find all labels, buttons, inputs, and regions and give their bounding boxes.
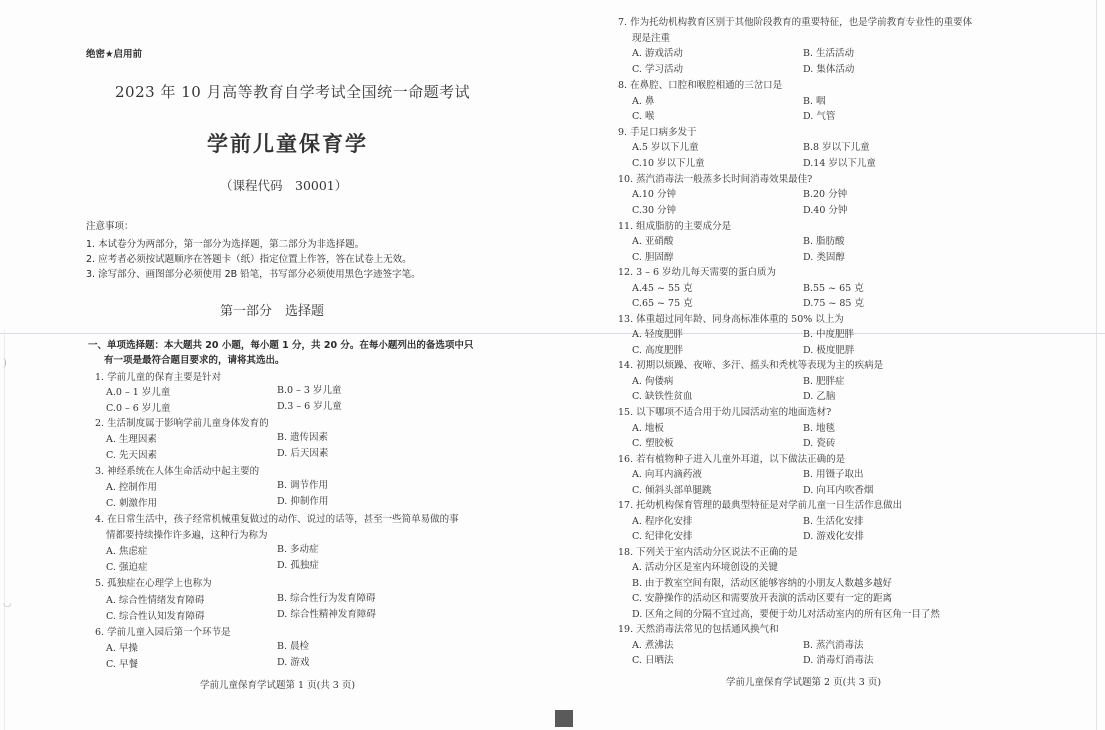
option-a: A.45 ~ 55 克: [632, 280, 693, 294]
option-a: A. 鼻: [632, 93, 654, 107]
section-instructions: 有一项是最符合题目要求的，请将其选出。: [104, 352, 285, 366]
option-a: A. 煮沸法: [632, 637, 673, 651]
option-d: D. 向耳内吹香烟: [803, 482, 873, 496]
option-c: C.0 – 6 岁儿童: [106, 400, 170, 414]
question-stem: 5. 孤独症在心理学上也称为: [95, 575, 212, 589]
option-d: D.40 分钟: [803, 202, 847, 216]
option-c: C. 纪律化安排: [632, 528, 692, 542]
option-a: A. 轻度肥胖: [632, 326, 683, 340]
option-b: B. 肥胖症: [803, 373, 845, 387]
option-c: C. 刺激作用: [106, 495, 157, 509]
question-stem: 10. 蒸汽消毒法一般蒸多长时间消毒效果最佳?: [618, 171, 812, 185]
option-b: B. 蒸汽消毒法: [803, 637, 864, 651]
option-b: B. 地毯: [803, 420, 835, 434]
page-edge-right: [1096, 0, 1097, 730]
option-a: A. 地板: [632, 420, 664, 434]
option-c: C. 缺铁性贫血: [632, 388, 692, 402]
question-stem: 18. 下列关于室内活动分区说法不正确的是: [618, 544, 798, 558]
option-c: C. 学习活动: [632, 61, 683, 75]
option-b: B. 调节作用: [277, 477, 328, 491]
option-a: A. 游戏活动: [632, 45, 683, 59]
option-d: D. 孤独症: [277, 557, 319, 571]
option-c: C. 日晒法: [632, 652, 673, 666]
question-stem: 1. 学前儿童的保育主要是针对: [95, 369, 221, 383]
option-d: D. 乙脑: [803, 388, 835, 402]
option-c: C. 胆固醇: [632, 249, 673, 263]
question-stem: 13. 体重超过同年龄、同身高标准体重的 50% 以上为: [618, 311, 844, 325]
option-a: A. 生理因素: [106, 431, 157, 445]
question-stem: 14. 初期以烦躁、夜啼、多汗、摇头和秃枕等表现为主的疾病是: [618, 357, 883, 371]
option-a: A. 向耳内滴药液: [632, 466, 702, 480]
question-stem: 16. 若有植物种子进入儿童外耳道，以下做法正确的是: [618, 451, 845, 465]
note-item: 1. 本试卷分为两部分，第一部分为选择题，第二部分为非选择题。: [86, 236, 364, 250]
option-c: C.65 ~ 75 克: [632, 295, 693, 309]
option-a: A. 综合性情绪发育障碍: [106, 592, 204, 606]
option-d: D.3 – 6 岁儿童: [277, 398, 342, 412]
option-b: B. 用镊子取出: [803, 466, 864, 480]
option-c: C. 早餐: [106, 656, 138, 670]
option-a: A.0 – 1 岁儿童: [106, 384, 170, 398]
option-a: A.5 岁以下儿童: [632, 139, 698, 153]
option-b: B. 脂肪酸: [803, 233, 845, 247]
option-a: A. 焦虑症: [106, 543, 147, 557]
option-a: A. 控制作用: [106, 479, 157, 493]
option-d: D. 后天因素: [277, 445, 328, 459]
option-c: C. 先天因素: [106, 447, 157, 461]
option-d: D. 综合性精神发育障碍: [277, 606, 376, 620]
option-b: B. 由于教室空间有限，活动区能够容纳的小朋友人数越多越好: [632, 575, 892, 589]
question-stem: 15. 以下哪项不适合用于幼儿园活动室的地面选材?: [618, 404, 831, 418]
option-b: B. 生活化安排: [803, 513, 864, 527]
part-title: 第一部分 选择题: [220, 300, 324, 319]
binding-hole-mark: ): [3, 358, 7, 369]
confidential-label: 绝密★启用前: [86, 46, 142, 60]
option-b: B. 咽: [803, 93, 826, 107]
note-item: 2. 应考者必须按试题顺序在答题卡（纸）指定位置上作答，答在试卷上无效。: [86, 251, 412, 265]
question-stem: 19. 天然消毒法常见的包括通风换气和: [618, 621, 779, 635]
option-c: C. 高度肥胖: [632, 342, 683, 356]
option-d: D. 极度肥胖: [803, 342, 854, 356]
option-b: B. 遗传因素: [277, 429, 328, 443]
option-c: C. 强迫症: [106, 559, 147, 573]
question-stem: 17. 托幼机构保育管理的最典型特征是对学前儿童一日生活作息做出: [618, 497, 902, 511]
question-stem-cont: 情都要持续操作许多遍，这种行为称为: [106, 527, 268, 541]
option-d: D. 抑制作用: [277, 493, 328, 507]
option-b: B. 多动症: [277, 541, 319, 555]
option-a: A. 亚硝酸: [632, 233, 673, 247]
option-b: B.20 分钟: [803, 186, 847, 200]
option-d: D. 类固醇: [803, 249, 845, 263]
option-b: B. 综合性行为发育障碍: [277, 590, 376, 604]
question-stem: 9. 手足口病多发于: [618, 124, 697, 138]
subject-title: 学前儿童保育学: [207, 128, 368, 158]
option-b: B.0 – 3 岁儿童: [277, 382, 341, 396]
option-b: B. 晨检: [277, 638, 309, 652]
note-item: 3. 涂写部分、画图部分必须使用 2B 铅笔，书写部分必须使用黑色字迹签字笔。: [86, 266, 421, 280]
question-stem: 3. 神经系统在人体生命活动中起主要的: [95, 463, 259, 477]
page-edge-left: [4, 330, 5, 730]
question-stem: 6. 学前儿童入园后第一个环节是: [95, 624, 231, 638]
page-footer: 学前儿童保育学试题第 2 页(共 3 页): [726, 674, 881, 688]
option-b: B. 中度肥胖: [803, 326, 854, 340]
exam-title: 2023 年 10 月高等教育自学考试全国统一命题考试: [115, 81, 470, 102]
page-footer: 学前儿童保育学试题第 1 页(共 3 页): [200, 677, 355, 691]
option-d: D. 集体活动: [803, 61, 854, 75]
option-b: B. 生活活动: [803, 45, 854, 59]
option-a: A. 佝偻病: [632, 373, 673, 387]
section-instructions: 一、单项选择题：本大题共 20 小题，每小题 1 分，共 20 分。在每小题列出…: [88, 337, 473, 351]
option-d: D. 气管: [803, 108, 835, 122]
option-d: D. 瓷砖: [803, 435, 835, 449]
option-c: C. 倾斜头部单腿跳: [632, 482, 711, 496]
question-stem-cont: 现是注重: [632, 30, 670, 44]
option-d: D. 游戏化安排: [803, 528, 864, 542]
option-d: D. 区角之间的分隔不宜过高，要便于幼儿对活动室内的所有区角一目了然: [632, 606, 940, 620]
option-c: C.10 岁以下儿童: [632, 155, 705, 169]
scan-fold-line: [0, 333, 1105, 334]
option-c: C. 综合性认知发育障碍: [106, 608, 204, 622]
question-stem: 2. 生活制度属于影响学前儿童身体发育的: [95, 415, 269, 429]
option-b: B.55 ~ 65 克: [803, 280, 864, 294]
option-c: C.30 分钟: [632, 202, 676, 216]
option-d: D. 游戏: [277, 654, 309, 668]
option-d: D.14 岁以下儿童: [803, 155, 876, 169]
option-a: A. 活动分区是室内环境创设的关键: [632, 559, 778, 573]
option-a: A. 程序化安排: [632, 513, 692, 527]
scan-registration-mark: [555, 710, 573, 727]
question-stem: 7. 作为托幼机构教育区别于其他阶段教育的重要特征，也是学前教育专业性的重要体: [618, 14, 972, 28]
question-stem: 12. 3 – 6 岁幼儿每天需要的蛋白质为: [618, 264, 776, 278]
question-stem: 8. 在鼻腔、口腔和喉腔相通的三岔口是: [618, 77, 782, 91]
question-stem: 4. 在日常生活中，孩子经常机械重复做过的动作、说过的话等，甚至一些简单易做的事: [95, 511, 459, 525]
option-c: C. 塑胶板: [632, 435, 673, 449]
option-a: A.10 分钟: [632, 186, 676, 200]
question-stem: 11. 组成脂肪的主要成分是: [618, 218, 731, 232]
option-d: D.75 ~ 85 克: [803, 295, 864, 309]
option-d: D. 消毒灯消毒法: [803, 652, 873, 666]
option-c: C. 喉: [632, 108, 654, 122]
binding-hole-mark: ◡: [3, 598, 12, 609]
option-a: A. 早操: [106, 640, 138, 654]
notes-title: 注意事项：: [86, 218, 134, 232]
option-c: C. 安静操作的活动区和需要放开表演的活动区要有一定的距离: [632, 590, 892, 604]
course-code: （课程代码 30001）: [220, 176, 347, 194]
option-b: B.8 岁以下儿童: [803, 139, 870, 153]
